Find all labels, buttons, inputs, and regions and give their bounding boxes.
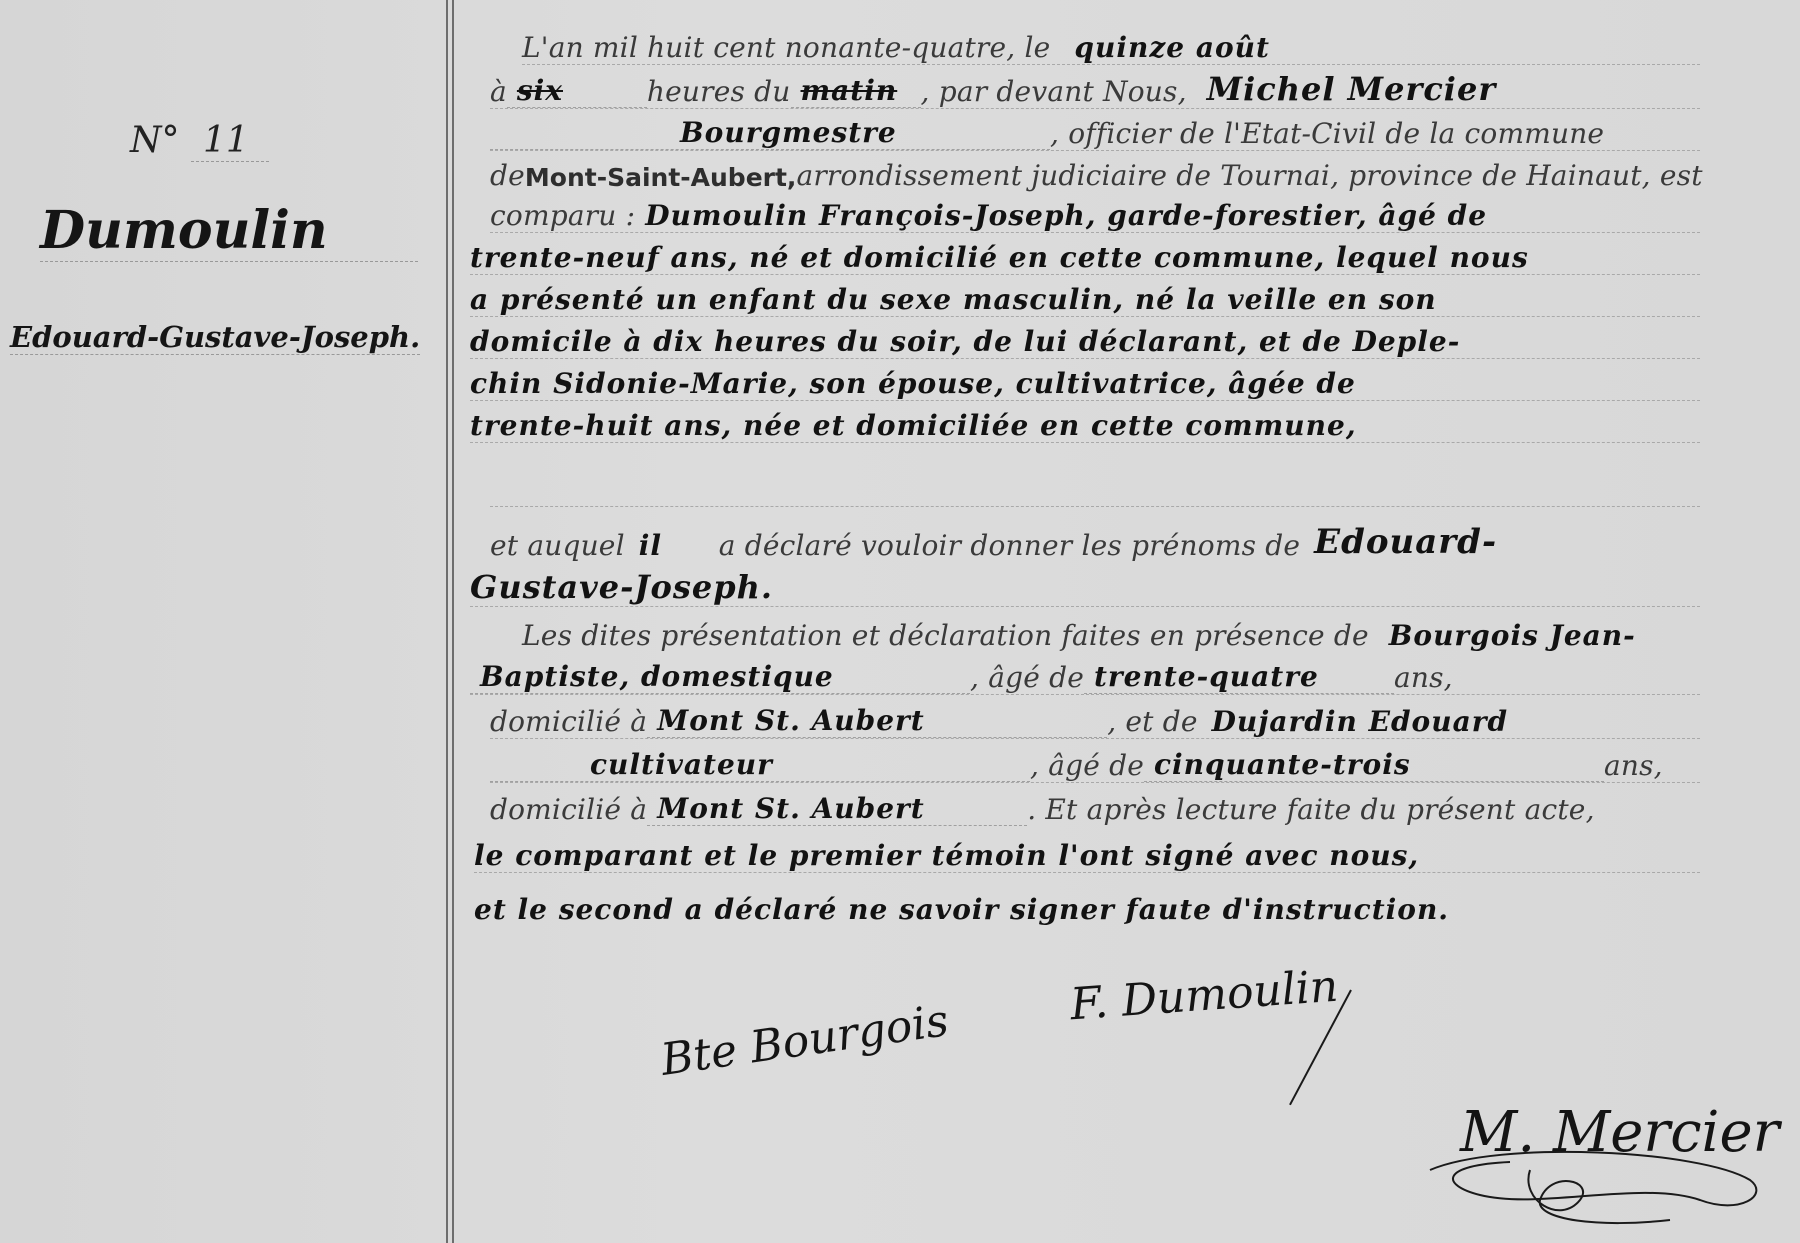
printed-text: , âgé de	[1030, 749, 1144, 782]
given-names-value: Edouard-	[1314, 522, 1497, 562]
printed-text: L'an mil huit cent nonante-quatre, le	[522, 31, 1050, 64]
printed-text: et auquel	[490, 529, 625, 562]
act-line-9: chin Sidonie-Marie, son épouse, cultivat…	[470, 354, 1700, 401]
margin-rule-inner	[452, 0, 454, 1243]
witness-2-age: cinquante-trois	[1144, 748, 1604, 782]
printed-text: domicilié à	[490, 705, 647, 738]
printed-text: , et de	[1107, 705, 1197, 738]
handwritten-text: et le second a déclaré ne savoir signer …	[474, 893, 1449, 926]
act-line-16: cultivateur , âgé de cinquante-trois ans…	[490, 736, 1700, 783]
act-line-12: Gustave-Joseph.	[470, 560, 1700, 607]
date-value: quinze août	[1074, 31, 1270, 64]
hour-value: six	[507, 74, 647, 108]
witness-1-occupation: Baptiste, domestique	[470, 660, 970, 694]
printed-text: domicilié à	[490, 793, 647, 826]
printed-text: ans,	[1394, 661, 1453, 694]
printed-text: . Et après lecture faite du présent acte…	[1027, 793, 1594, 826]
printed-text: a déclaré vouloir donner les prénoms de	[719, 529, 1300, 562]
period-value: matin	[791, 74, 921, 108]
witness-1-domicile: Mont St. Aubert	[647, 704, 1107, 738]
act-line-14: Baptiste, domestique , âgé de trente-qua…	[470, 648, 1700, 695]
number-prefix: N°	[130, 120, 180, 161]
printed-text: ans,	[1604, 749, 1663, 782]
act-line-11: et auquel il a déclaré vouloir donner le…	[490, 516, 1700, 562]
act-line-6: trente-neuf ans, né et domicilié en cett…	[470, 228, 1700, 275]
act-line-18: le comparant et le premier témoin l'ont …	[474, 826, 1700, 873]
act-line-10: trente-huit ans, née et domiciliée en ce…	[470, 396, 1700, 443]
pronoun-value: il	[639, 529, 719, 562]
given-names-value: Gustave-Joseph.	[470, 568, 773, 606]
handwritten-text: trente-huit ans, née et domiciliée en ce…	[470, 409, 1357, 442]
margin-surname: Dumoulin	[40, 200, 418, 262]
witness-1-age: trente-quatre	[1084, 660, 1394, 694]
act-line-15: domicilié à Mont St. Aubert , et de Duja…	[490, 692, 1700, 739]
witness-2-domicile: Mont St. Aubert	[647, 792, 1027, 826]
witness-2-occupation: cultivateur	[490, 748, 1030, 782]
act-line-13: Les dites présentation et déclaration fa…	[522, 606, 1700, 652]
margin-column: N° 11 Dumoulin Edouard-Gustave-Joseph.	[0, 0, 448, 1243]
number-value: 11	[191, 120, 269, 162]
act-line-7: a présenté un enfant du sexe masculin, n…	[470, 270, 1700, 317]
printed-text: , âgé de	[970, 661, 1084, 694]
register-page: N° 11 Dumoulin Edouard-Gustave-Joseph. L…	[0, 0, 1800, 1243]
act-line-17: domicilié à Mont St. Aubert . Et après l…	[490, 780, 1700, 826]
act-line-8: domicile à dix heures du soir, de lui dé…	[470, 312, 1700, 359]
act-line-19: et le second a déclaré ne savoir signer …	[474, 880, 1700, 926]
margin-given-names: Edouard-Gustave-Joseph.	[10, 320, 420, 355]
act-line-2: à six heures du matin , par devant Nous,…	[490, 62, 1700, 109]
signature-flourish-icon	[1420, 1140, 1780, 1230]
handwritten-text: le comparant et le premier témoin l'ont …	[474, 839, 1419, 872]
officer-name: Michel Mercier	[1207, 70, 1496, 108]
witness-2-name: Dujardin Edouard	[1212, 705, 1508, 738]
act-number: N° 11	[130, 120, 269, 161]
act-line-5: comparu : Dumoulin François-Joseph, gard…	[490, 186, 1700, 233]
act-line-1: L'an mil huit cent nonante-quatre, le qu…	[522, 18, 1700, 65]
act-line-blank	[490, 460, 1700, 507]
officer-title: Bourgmestre	[490, 116, 1050, 150]
act-line-3: Bourgmestre , officier de l'Etat-Civil d…	[490, 104, 1700, 151]
